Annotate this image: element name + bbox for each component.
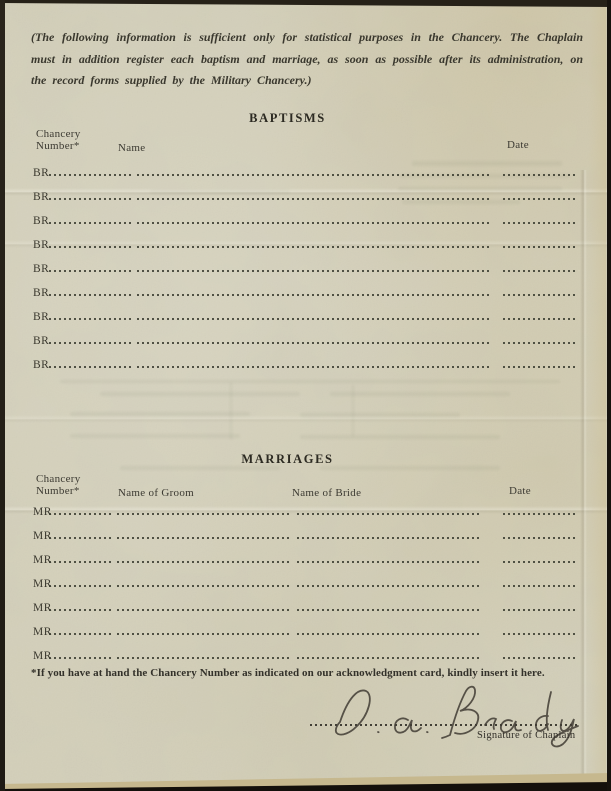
scan-edge-left [0, 0, 5, 791]
chancery-number-line [49, 513, 113, 515]
date-line [503, 585, 577, 587]
col-chancery-line2: Number* [36, 140, 81, 152]
chancery-number-line [49, 270, 131, 272]
bleed-through-mark [300, 435, 500, 439]
bleed-through-mark [70, 434, 240, 438]
row-prefix: BR [33, 215, 49, 227]
signature-caption: Signature of Chaplain [477, 730, 575, 741]
col-chancery-line1: Chancery [36, 128, 81, 140]
date-line [503, 198, 577, 200]
baptism-row: BR [33, 252, 579, 276]
bleed-through-mark [230, 382, 232, 440]
baptism-row: BR [33, 204, 579, 228]
groom-name-line [117, 609, 289, 611]
chancery-number-line [49, 633, 113, 635]
groom-name-line [117, 585, 289, 587]
scanned-document: (The following information is sufficient… [0, 0, 611, 791]
date-line [503, 657, 577, 659]
row-prefix: MR [33, 626, 52, 638]
bride-name-line [297, 561, 481, 563]
bleed-through-mark [300, 413, 460, 417]
date-line [503, 513, 577, 515]
name-line [137, 318, 489, 320]
baptisms-col-chancery: Chancery Number* [36, 128, 81, 152]
scan-edge-right [607, 0, 611, 791]
row-prefix: MR [33, 578, 52, 590]
row-prefix: MR [33, 554, 52, 566]
marriages-rows: MR MR MR MR MR MR [33, 495, 579, 663]
fold-crease [580, 170, 587, 791]
chancery-number-line [49, 366, 131, 368]
signature-line [310, 724, 577, 726]
row-prefix: BR [33, 239, 49, 251]
date-line [503, 537, 577, 539]
name-line [137, 342, 489, 344]
name-line [137, 174, 489, 176]
baptism-row: BR [33, 156, 579, 180]
row-prefix: BR [33, 191, 49, 203]
row-prefix: BR [33, 287, 49, 299]
bleed-through-mark [60, 380, 560, 383]
row-prefix: BR [33, 335, 49, 347]
bleed-through-mark [70, 412, 250, 416]
marriage-row: MR [33, 591, 579, 615]
bride-name-line [297, 537, 481, 539]
bride-name-line [297, 513, 481, 515]
fold-crease [0, 415, 611, 423]
date-line [503, 294, 577, 296]
chancery-number-line [49, 246, 131, 248]
groom-name-line [117, 561, 289, 563]
chancery-number-line [49, 609, 113, 611]
chancery-number-line [49, 294, 131, 296]
row-prefix: BR [33, 311, 49, 323]
date-line [503, 342, 577, 344]
date-line [503, 270, 577, 272]
date-line [503, 633, 577, 635]
marriage-row: MR [33, 567, 579, 591]
marriages-col-chancery: Chancery Number* [36, 473, 81, 497]
row-prefix: MR [33, 506, 52, 518]
chancery-number-line [49, 174, 131, 176]
name-line [137, 246, 489, 248]
col-chancery-line1: Chancery [36, 473, 81, 485]
date-line [503, 246, 577, 248]
baptism-row: BR [33, 180, 579, 204]
intro-note: (The following information is sufficient… [31, 27, 583, 92]
date-line [503, 609, 577, 611]
chancery-number-line [49, 537, 113, 539]
chancery-number-line [49, 198, 131, 200]
marriage-row: MR [33, 543, 579, 567]
date-line [503, 366, 577, 368]
bride-name-line [297, 585, 481, 587]
scan-edge-top [0, 0, 611, 8]
chancery-number-line [49, 342, 131, 344]
row-prefix: MR [33, 602, 52, 614]
groom-name-line [117, 633, 289, 635]
groom-name-line [117, 513, 289, 515]
baptisms-col-date: Date [507, 139, 529, 151]
date-line [503, 222, 577, 224]
marriages-heading: MARRIAGES [5, 452, 570, 467]
row-prefix: MR [33, 530, 52, 542]
name-line [137, 294, 489, 296]
chancery-number-line [49, 657, 113, 659]
row-prefix: BR [33, 359, 49, 371]
bleed-through-mark [100, 392, 300, 396]
name-line [137, 198, 489, 200]
marriage-row: MR [33, 519, 579, 543]
baptism-row: BR [33, 276, 579, 300]
marriage-row: MR [33, 495, 579, 519]
bride-name-line [297, 657, 481, 659]
marriage-row: MR [33, 639, 579, 663]
marriage-row: MR [33, 615, 579, 639]
row-prefix: BR [33, 263, 49, 275]
bride-name-line [297, 609, 481, 611]
baptism-row: BR [33, 324, 579, 348]
row-prefix: BR [33, 167, 49, 179]
baptism-row: BR [33, 300, 579, 324]
page-edge-shading [588, 0, 606, 791]
baptism-row: BR [33, 228, 579, 252]
groom-name-line [117, 657, 289, 659]
chancery-number-line [49, 318, 131, 320]
name-line [137, 222, 489, 224]
bleed-through-mark [352, 385, 354, 437]
baptisms-col-name: Name [118, 142, 145, 154]
baptism-row: BR [33, 348, 579, 372]
chancery-number-line [49, 561, 113, 563]
chancery-number-line [49, 222, 131, 224]
name-line [137, 270, 489, 272]
name-line [137, 366, 489, 368]
baptisms-heading: BAPTISMS [5, 111, 570, 126]
date-line [503, 561, 577, 563]
baptisms-rows: BR BR BR BR BR BR BR [33, 156, 579, 372]
groom-name-line [117, 537, 289, 539]
chancery-number-line [49, 585, 113, 587]
date-line [503, 318, 577, 320]
date-line [503, 174, 577, 176]
footnote: *If you have at hand the Chancery Number… [31, 667, 571, 679]
row-prefix: MR [33, 650, 52, 662]
bride-name-line [297, 633, 481, 635]
bleed-through-mark [330, 392, 510, 396]
